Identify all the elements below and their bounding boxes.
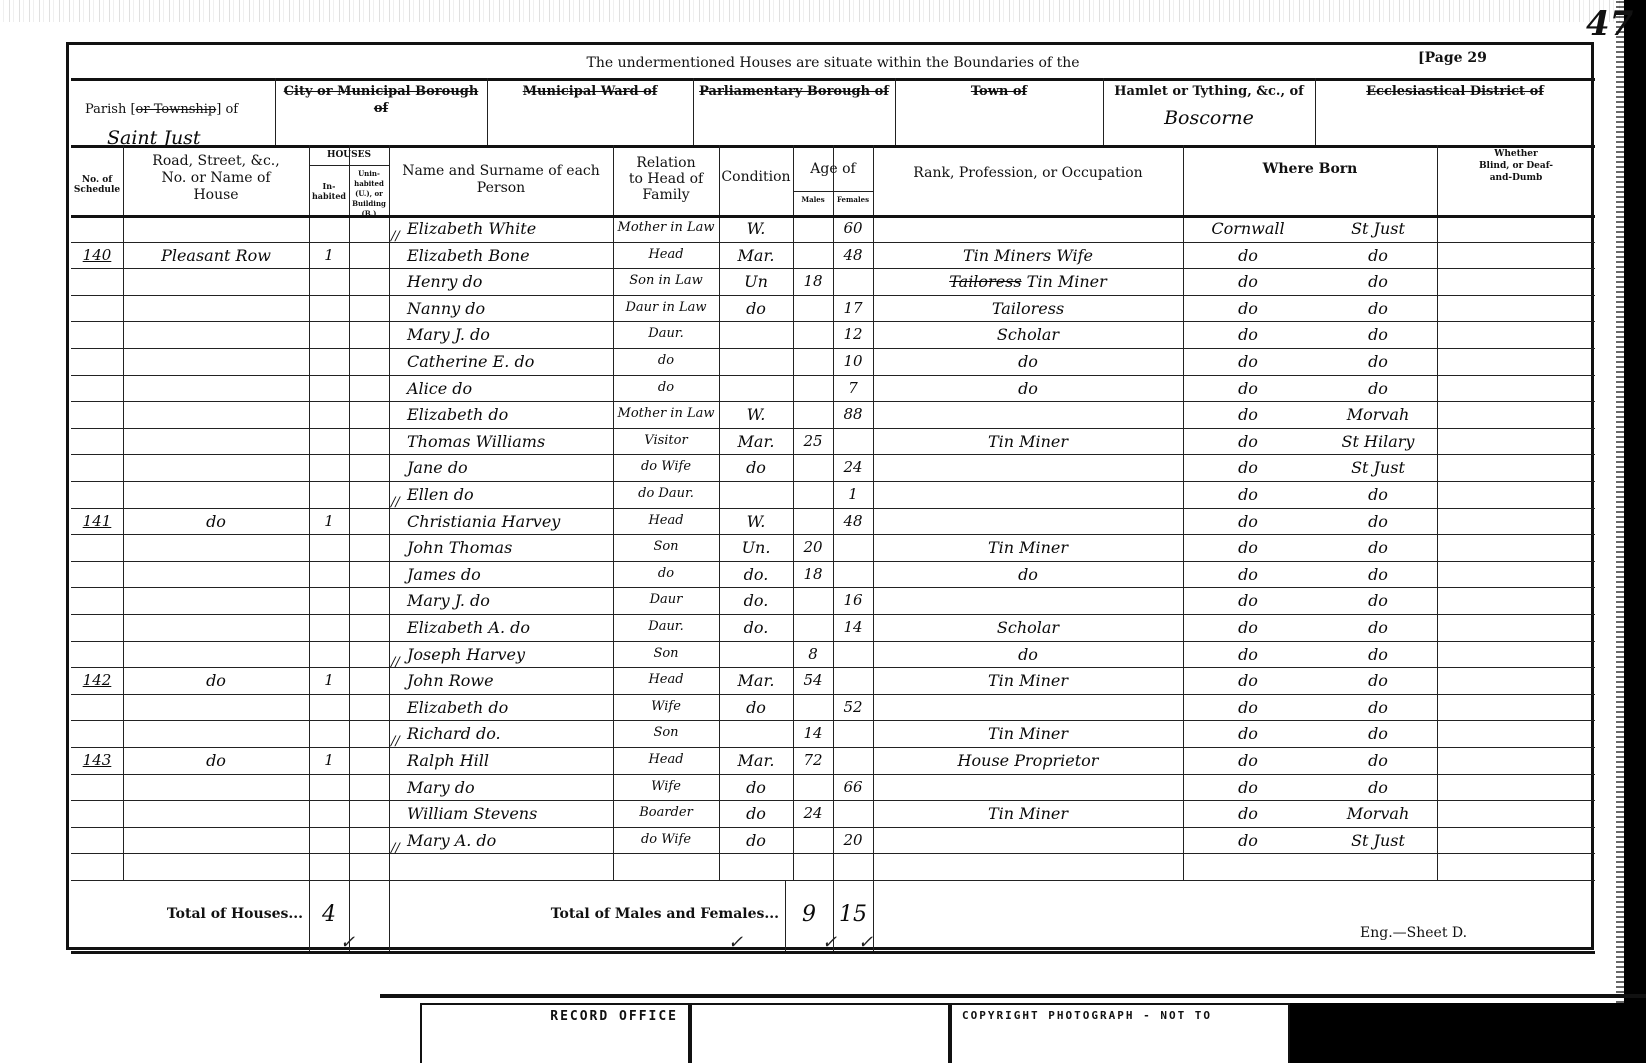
born-parish: St Hilary <box>1323 432 1433 451</box>
person-name: Joseph Harvey <box>407 645 607 664</box>
row-rule <box>71 534 1595 535</box>
marital-condition: Mar. <box>719 432 793 451</box>
census-sheet: The undermentioned Houses are situate wi… <box>66 42 1594 950</box>
occupation: Scholar <box>873 325 1183 344</box>
female-age: 16 <box>833 591 873 609</box>
road-name: do <box>123 671 309 690</box>
person-name: Mary A. do <box>407 831 607 850</box>
relation-to-head: do Daur. <box>613 486 719 501</box>
scan-edge-noise <box>1616 0 1624 1063</box>
female-age: 88 <box>833 405 873 423</box>
born-parish: do <box>1323 671 1433 690</box>
boundary-value-hamlet: Boscorne <box>1103 107 1315 129</box>
born-county: do <box>1193 751 1303 770</box>
relation-to-head: do <box>613 353 719 368</box>
person-name: Richard do. <box>407 724 607 743</box>
relation-to-head: Head <box>613 247 719 262</box>
houses-subrule <box>309 165 389 166</box>
male-age: 24 <box>793 804 833 822</box>
row-rule <box>71 454 1595 455</box>
col-header-relation-2: to Head of <box>613 171 719 188</box>
check-mark-icon: ✓ <box>858 932 873 953</box>
relation-to-head: Wife <box>613 699 719 714</box>
occupation: Tin Miner <box>873 432 1183 451</box>
marital-condition: do. <box>719 618 793 637</box>
row-rule <box>71 508 1595 509</box>
row-rule <box>71 295 1595 296</box>
column-divider <box>1183 145 1184 880</box>
born-county: do <box>1193 698 1303 717</box>
marital-condition: Mar. <box>719 671 793 690</box>
relation-to-head: Mother in Law <box>613 406 719 421</box>
boundary-label-eccl-district: Ecclesiastical District of <box>1315 83 1595 100</box>
female-age: 48 <box>833 512 873 530</box>
born-parish: do <box>1323 751 1433 770</box>
row-rule <box>71 561 1595 562</box>
male-age: 8 <box>793 645 833 663</box>
check-mark-icon: ✓ <box>340 932 355 953</box>
relation-to-head: Daur in Law <box>613 300 719 315</box>
row-rule <box>71 481 1595 482</box>
col-header-name-2: Person <box>389 180 613 197</box>
relation-to-head: do <box>613 380 719 395</box>
female-age: 10 <box>833 352 873 370</box>
born-county: do <box>1193 352 1303 371</box>
born-county: Cornwall <box>1193 219 1303 238</box>
relation-to-head: Head <box>613 672 719 687</box>
female-age: 7 <box>833 379 873 397</box>
marital-condition: do <box>719 778 793 797</box>
born-parish: do <box>1323 272 1433 291</box>
relation-to-head: Boarder <box>613 805 719 820</box>
marital-condition: do <box>719 804 793 823</box>
relation-to-head: Son <box>613 646 719 661</box>
marital-condition: do <box>719 299 793 318</box>
male-age: 25 <box>793 432 833 450</box>
person-name: Elizabeth Bone <box>407 246 607 265</box>
copyright-stamp: COPYRIGHT PHOTOGRAPH - NOT TO <box>950 1003 1290 1063</box>
road-name: do <box>123 512 309 531</box>
born-parish: do <box>1323 645 1433 664</box>
person-name: Elizabeth A. do <box>407 618 607 637</box>
col-header-name-1: Name and Surname of each <box>389 163 613 180</box>
born-parish: do <box>1323 379 1433 398</box>
col-header-condition: Condition <box>719 169 793 186</box>
relation-to-head: Mother in Law <box>613 220 719 235</box>
household-end-mark: // <box>391 734 407 749</box>
born-parish: do <box>1323 246 1433 265</box>
col-header-males: Males <box>793 195 833 205</box>
born-county: do <box>1193 246 1303 265</box>
born-county: do <box>1193 405 1303 424</box>
person-name: Henry do <box>407 272 607 291</box>
female-age: 52 <box>833 698 873 716</box>
col-header-age: Age of <box>793 161 873 178</box>
marital-condition: do <box>719 831 793 850</box>
household-end-mark: // <box>391 655 407 670</box>
born-parish: do <box>1323 299 1433 318</box>
household-end-mark: // <box>391 229 407 244</box>
occupation: do <box>873 379 1183 398</box>
row-rule <box>71 694 1595 695</box>
person-name: Alice do <box>407 379 607 398</box>
male-age: 18 <box>793 272 833 290</box>
schedule-number: 140 <box>75 246 119 264</box>
occupation: Tin Miner <box>873 538 1183 557</box>
born-county: do <box>1193 512 1303 531</box>
female-age: 17 <box>833 299 873 317</box>
female-age: 48 <box>833 246 873 264</box>
row-rule <box>71 800 1595 801</box>
born-parish: do <box>1323 698 1433 717</box>
male-age: 54 <box>793 671 833 689</box>
occupation: Tin Miner <box>873 671 1183 690</box>
boundary-label-town: Town of <box>895 83 1103 100</box>
born-county: do <box>1193 538 1303 557</box>
relation-to-head: Visitor <box>613 433 719 448</box>
born-parish: do <box>1323 565 1433 584</box>
row-rule <box>71 614 1595 615</box>
row-rule <box>71 428 1595 429</box>
born-county: do <box>1193 591 1303 610</box>
total-houses-value: 4 <box>309 902 349 927</box>
inhabited-count: 1 <box>309 751 349 769</box>
born-parish: do <box>1323 591 1433 610</box>
occupation: do <box>873 565 1183 584</box>
header-bottom-rule <box>71 215 1595 218</box>
occupation: do <box>873 352 1183 371</box>
born-parish: do <box>1323 538 1433 557</box>
col-header-schedule: No. of Schedule <box>71 175 123 195</box>
col-header-relation-1: Relation <box>613 155 719 172</box>
born-county: do <box>1193 831 1303 850</box>
born-parish: St Just <box>1323 831 1433 850</box>
col-header-blind-2: Blind, or Deaf- <box>1437 161 1595 171</box>
relation-to-head: Son <box>613 725 719 740</box>
occupation: House Proprietor <box>873 751 1183 770</box>
row-rule <box>71 268 1595 269</box>
col-header-inhabited: In-habited <box>309 181 349 201</box>
col-header-blind-1: Whether <box>1437 149 1595 159</box>
born-parish: do <box>1323 352 1433 371</box>
born-county: do <box>1193 645 1303 664</box>
record-office-stamp: RECORD OFFICE <box>420 1003 690 1063</box>
scan-edge-right <box>1624 0 1646 1063</box>
occupation: Tin Miner <box>873 724 1183 743</box>
marital-condition: W. <box>719 219 793 238</box>
born-parish: Morvah <box>1323 804 1433 823</box>
person-name: Thomas Williams <box>407 432 607 451</box>
female-age: 20 <box>833 831 873 849</box>
born-parish: do <box>1323 618 1433 637</box>
marital-condition: do <box>719 458 793 477</box>
col-header-road-3: House <box>123 187 309 204</box>
total-females-value: 15 <box>833 902 873 927</box>
female-age: 1 <box>833 485 873 503</box>
row-rule <box>71 587 1595 588</box>
col-header-relation-3: Family <box>613 187 719 204</box>
relation-to-head: Daur. <box>613 326 719 341</box>
col-header-houses: HOUSES <box>309 150 389 160</box>
marital-condition: Un. <box>719 538 793 557</box>
relation-to-head: Head <box>613 513 719 528</box>
col-header-road-2: No. or Name of <box>123 170 309 187</box>
boundary-label-ward: Municipal Ward of <box>487 83 693 100</box>
schedule-number: 142 <box>75 671 119 689</box>
person-name: Mary J. do <box>407 325 607 344</box>
check-mark-icon: ✓ <box>822 932 837 953</box>
relation-to-head: do Wife <box>613 459 719 474</box>
person-name: Elizabeth do <box>407 698 607 717</box>
row-rule <box>71 880 1595 881</box>
born-county: do <box>1193 618 1303 637</box>
born-county: do <box>1193 671 1303 690</box>
row-rule <box>71 375 1595 376</box>
relation-to-head: Head <box>613 752 719 767</box>
male-age: 20 <box>793 538 833 556</box>
female-age: 60 <box>833 219 873 237</box>
relation-to-head: Wife <box>613 779 719 794</box>
sheet-label: Eng.—Sheet D. <box>1360 925 1467 941</box>
row-rule <box>71 641 1595 642</box>
household-end-mark: // <box>391 841 407 856</box>
row-rule <box>71 401 1595 402</box>
schedule-number: 143 <box>75 751 119 769</box>
relation-to-head: do <box>613 566 719 581</box>
scan-black-area <box>1290 1003 1646 1063</box>
column-divider <box>389 145 390 951</box>
row-rule <box>71 242 1595 243</box>
row-rule <box>71 667 1595 668</box>
boundary-label-parish: Parish [or Township] of <box>71 101 275 118</box>
female-age: 12 <box>833 325 873 343</box>
born-county: do <box>1193 804 1303 823</box>
check-mark-icon: ✓ <box>728 932 743 953</box>
person-name: John Rowe <box>407 671 607 690</box>
column-divider <box>1437 145 1438 880</box>
marital-condition: W. <box>719 405 793 424</box>
born-parish: St Just <box>1323 219 1433 238</box>
column-divider <box>873 880 874 951</box>
occupation: Tailoress Tin Miner <box>873 272 1183 291</box>
relation-to-head: Daur <box>613 592 719 607</box>
row-rule <box>71 853 1595 854</box>
column-divider <box>349 145 350 880</box>
relation-to-head: Son in Law <box>613 273 719 288</box>
born-county: do <box>1193 724 1303 743</box>
banner-title: The undermentioned Houses are situate wi… <box>71 55 1595 72</box>
born-county: do <box>1193 299 1303 318</box>
person-name: Catherine E. do <box>407 352 607 371</box>
inhabited-count: 1 <box>309 246 349 264</box>
inhabited-count: 1 <box>309 512 349 530</box>
row-rule <box>71 348 1595 349</box>
col-header-where-born: Where Born <box>1183 161 1437 178</box>
age-subrule <box>793 191 873 192</box>
schedule-number: 141 <box>75 512 119 530</box>
col-header-road-1: Road, Street, &c., <box>123 153 309 170</box>
born-parish: do <box>1323 724 1433 743</box>
row-rule <box>71 720 1595 721</box>
born-parish: St Just <box>1323 458 1433 477</box>
born-county: do <box>1193 565 1303 584</box>
person-name: Elizabeth White <box>407 219 607 238</box>
road-name: do <box>123 751 309 770</box>
total-persons-label: Total of Males and Females... <box>389 906 779 923</box>
total-males-value: 9 <box>785 902 833 927</box>
occupation: do <box>873 645 1183 664</box>
person-name: Mary do <box>407 778 607 797</box>
occupation: Scholar <box>873 618 1183 637</box>
marital-condition: do. <box>719 565 793 584</box>
col-header-blind-3: and-Dumb <box>1437 173 1595 183</box>
male-age: 14 <box>793 724 833 742</box>
born-county: do <box>1193 325 1303 344</box>
female-age: 14 <box>833 618 873 636</box>
born-parish: do <box>1323 325 1433 344</box>
marital-condition: do <box>719 698 793 717</box>
born-parish: Morvah <box>1323 405 1433 424</box>
person-name: Ralph Hill <box>407 751 607 770</box>
row-rule <box>71 774 1595 775</box>
page-label: [Page 29 <box>1418 50 1487 66</box>
person-name: Christiania Harvey <box>407 512 607 531</box>
person-name: Mary J. do <box>407 591 607 610</box>
born-parish: do <box>1323 778 1433 797</box>
female-age: 66 <box>833 778 873 796</box>
household-end-mark: // <box>391 495 407 510</box>
person-name: Jane do <box>407 458 607 477</box>
person-name: James do <box>407 565 607 584</box>
female-age: 24 <box>833 458 873 476</box>
inhabited-count: 1 <box>309 671 349 689</box>
male-age: 18 <box>793 565 833 583</box>
born-county: do <box>1193 432 1303 451</box>
marital-condition: W. <box>719 512 793 531</box>
marital-condition: Un <box>719 272 793 291</box>
born-county: do <box>1193 458 1303 477</box>
column-divider <box>793 145 794 880</box>
born-county: do <box>1193 485 1303 504</box>
relation-to-head: do Wife <box>613 832 719 847</box>
male-age: 72 <box>793 751 833 769</box>
stamp-blank <box>690 1003 950 1063</box>
row-rule <box>71 321 1595 322</box>
folio-number: 47 <box>1586 4 1633 44</box>
person-name: Nanny do <box>407 299 607 318</box>
occupation: Tailoress <box>873 299 1183 318</box>
relation-to-head: Son <box>613 539 719 554</box>
col-header-occupation: Rank, Profession, or Occupation <box>873 165 1183 182</box>
col-header-females: Females <box>833 195 873 205</box>
bottom-rule <box>380 994 1646 998</box>
boundary-label-hamlet: Hamlet or Tything, &c., of <box>1103 83 1315 100</box>
born-parish: do <box>1323 512 1433 531</box>
marital-condition: Mar. <box>719 751 793 770</box>
person-name: Elizabeth do <box>407 405 607 424</box>
boundary-label-parl-borough: Parliamentary Borough of <box>693 83 895 100</box>
total-houses-label: Total of Houses... <box>123 906 303 923</box>
born-county: do <box>1193 778 1303 797</box>
col-header-uninhabited: Unin-habited (U.), or Building (B.) <box>349 169 389 219</box>
relation-to-head: Daur. <box>613 619 719 634</box>
marital-condition: do. <box>719 591 793 610</box>
person-name: William Stevens <box>407 804 607 823</box>
born-county: do <box>1193 272 1303 291</box>
row-rule <box>71 747 1595 748</box>
marital-condition: Mar. <box>719 246 793 265</box>
occupation: Tin Miners Wife <box>873 246 1183 265</box>
person-name: Ellen do <box>407 485 607 504</box>
scan-noise-top <box>0 0 1646 22</box>
born-parish: do <box>1323 485 1433 504</box>
banner-rule <box>71 78 1595 81</box>
born-county: do <box>1193 379 1303 398</box>
boundary-label-city: City or Municipal Borough of <box>275 83 487 117</box>
occupation: Tin Miner <box>873 804 1183 823</box>
person-name: John Thomas <box>407 538 607 557</box>
row-rule <box>71 827 1595 828</box>
road-name: Pleasant Row <box>123 246 309 265</box>
